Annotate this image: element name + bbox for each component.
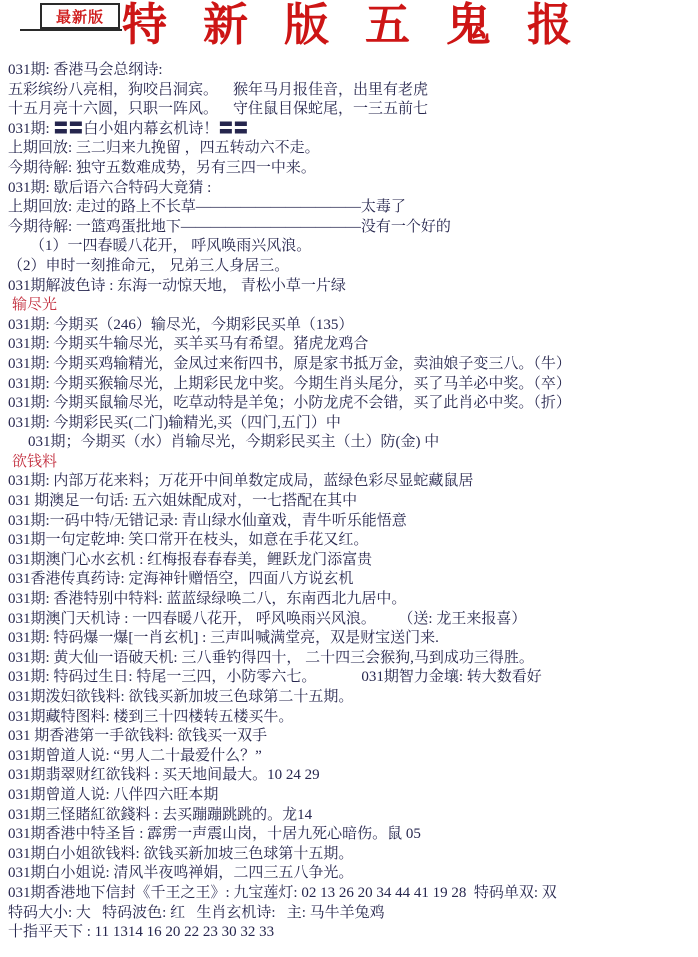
section-header: 输尽光 bbox=[0, 296, 698, 316]
text-line: 031期曾道人说: 八伴四六旺本期 bbox=[0, 786, 698, 806]
section-header: 欲钱料 bbox=[0, 453, 698, 473]
text-line: 031期: 今期买牛输尽光，买羊买马有希望。猪虎龙鸡合 bbox=[0, 335, 698, 355]
text-line: 031期藏特图料: 楼到三十四楼转五楼买牛。 bbox=[0, 708, 698, 728]
text-line: 031期: 黄大仙一语破天机: 三八垂钓得四十， 二十四三会猴狗,马到成功三得胜… bbox=[0, 649, 698, 669]
text-line: 031期:一码中特/无错记录: 青山绿水仙童戏，青牛听乐能悟意 bbox=[0, 512, 698, 532]
five-ghost-report-page: 最新版 特新版五鬼报 031期: 香港马会总纲诗:五彩缤纷八亮相，狗咬吕洞宾。 … bbox=[0, 0, 698, 957]
text-line: 五彩缤纷八亮相，狗咬吕洞宾。 猴年马月报佳音，出里有老虎 bbox=[0, 81, 698, 101]
text-line: 031期: 今期彩民买(二门)输精光,买（四门,五门）中 bbox=[0, 414, 698, 434]
edition-badge-label: 最新版 bbox=[56, 6, 104, 27]
text-line: 031期: 特码爆一爆[一肖玄机] : 三声叫喊满堂亮，双是财宝送门来. bbox=[0, 629, 698, 649]
text-line: 031 期香港第一手欲钱料: 欲钱买一双手 bbox=[0, 727, 698, 747]
text-line: 031期解波色诗 : 东海一动惊天地， 青松小草一片绿 bbox=[0, 277, 698, 297]
text-line: 031期曾道人说: “男人二十最爱什么？” bbox=[0, 747, 698, 767]
edition-badge: 最新版 bbox=[40, 3, 120, 29]
text-line: （2）申时一刻推命元， 兄弟三人身居三。 bbox=[0, 257, 698, 277]
text-line: 上期回放: 走过的路上不长草———————————太毒了 bbox=[0, 198, 698, 218]
text-line: 031期澳门心水玄机 : 红梅报春春春美，鲤跃龙门添富贵 bbox=[0, 551, 698, 571]
text-line: 今期待解: 独守五数难成势，另有三四一中来。 bbox=[0, 159, 698, 179]
text-line: 031 期澳足一句话: 五六姐妹配成对，一七搭配在其中 bbox=[0, 492, 698, 512]
text-line: （1）一四春暖八花开， 呼风唤雨兴风浪。 bbox=[0, 237, 698, 257]
text-line: 031期香港中特圣旨 : 霹雳一声震山岗，十居九死心暗伤。鼠 05 bbox=[0, 825, 698, 845]
text-line: 031期: 特码过生日: 特尾一三四，小防零六七。 031期智力金壤: 转大数看… bbox=[0, 668, 698, 688]
text-line: 031期泼妇欲钱料: 欲钱买新加坡三色球第二十五期。 bbox=[0, 688, 698, 708]
page-title: 特新版五鬼报 bbox=[122, 0, 608, 54]
text-line: 031期白小姐说: 清风半夜鸣禅娟，二四三五八争光。 bbox=[0, 864, 698, 884]
text-line: 031期: 今期买猴输尽光，上期彩民龙中奖。今期生肖头尾分，买了马羊必中奖。（卒… bbox=[0, 375, 698, 395]
text-line: 031期三怪賭紅欲錢料 : 去买蹦蹦跳跳的。龙14 bbox=[0, 806, 698, 826]
text-line: 十五月亮十六圆，只职一阵风。 守住鼠目保蛇尾，一三五前七 bbox=[0, 100, 698, 120]
text-line: 今期待解: 一篮鸡蛋批地下————————————没有一个好的 bbox=[0, 218, 698, 238]
text-line: 031期: 今期买鼠输尽光，吃草动特是羊兔；小防龙虎不会错，买了此肖必中奖。（折… bbox=[0, 394, 698, 414]
text-line: 031期翡翠财红欲钱料 : 买天地间最大。10 24 29 bbox=[0, 766, 698, 786]
text-line: 十指平天下 : 11 1314 16 20 22 23 30 32 33 bbox=[0, 923, 698, 943]
text-line: 031期: 香港马会总纲诗: bbox=[0, 61, 698, 81]
text-line: 031期: 今期买（246）输尽光，今期彩民买单（135） bbox=[0, 316, 698, 336]
text-line: 031期: 〓〓白小姐内幕玄机诗！〓〓 bbox=[0, 120, 698, 140]
badge-underline bbox=[20, 29, 122, 31]
text-line: 031期澳门天机诗 : 一四春暖八花开， 呼风唤雨兴风浪。 （送: 龙王来报喜） bbox=[0, 610, 698, 630]
text-line: 特码大小: 大 特码波色: 红 生肖玄机诗: 主: 马牛羊兔鸡 bbox=[0, 904, 698, 924]
text-line: 031期一句定乾坤: 笑口常开在枝头，如意在手花又红。 bbox=[0, 531, 698, 551]
text-line: 031期白小姐欲钱料: 欲钱买新加坡三色球第十五期。 bbox=[0, 845, 698, 865]
body-lines: 031期: 香港马会总纲诗:五彩缤纷八亮相，狗咬吕洞宾。 猴年马月报佳音，出里有… bbox=[0, 61, 698, 943]
text-line: 031期: 今期买鸡输精光，金凤过来衔四书，原是家书抵万金，卖油娘子变三八。（牛… bbox=[0, 355, 698, 375]
text-line: 031期: 香港特别中特料: 蓝蓝绿绿唤二八，东南西北九居中。 bbox=[0, 590, 698, 610]
text-line: 031香港传真药诗: 定海神针赠悟空，四面八方说玄机 bbox=[0, 570, 698, 590]
text-line: 031期香港地下信封《千王之王》: 九宝莲灯: 02 13 26 20 34 4… bbox=[0, 884, 698, 904]
text-line: 031期: 内部万花来料；万花开中间单数定成局，蓝绿色彩尽显蛇藏鼠居 bbox=[0, 472, 698, 492]
text-line: 031期: 歇后语六合特码大竟猜 : bbox=[0, 179, 698, 199]
text-line: 上期回放: 三二归来九挽留 ，四五转动六不走。 bbox=[0, 139, 698, 159]
text-line: 031期；今期买（水）肖输尽光，今期彩民买主（土）防(金) 中 bbox=[0, 433, 698, 453]
